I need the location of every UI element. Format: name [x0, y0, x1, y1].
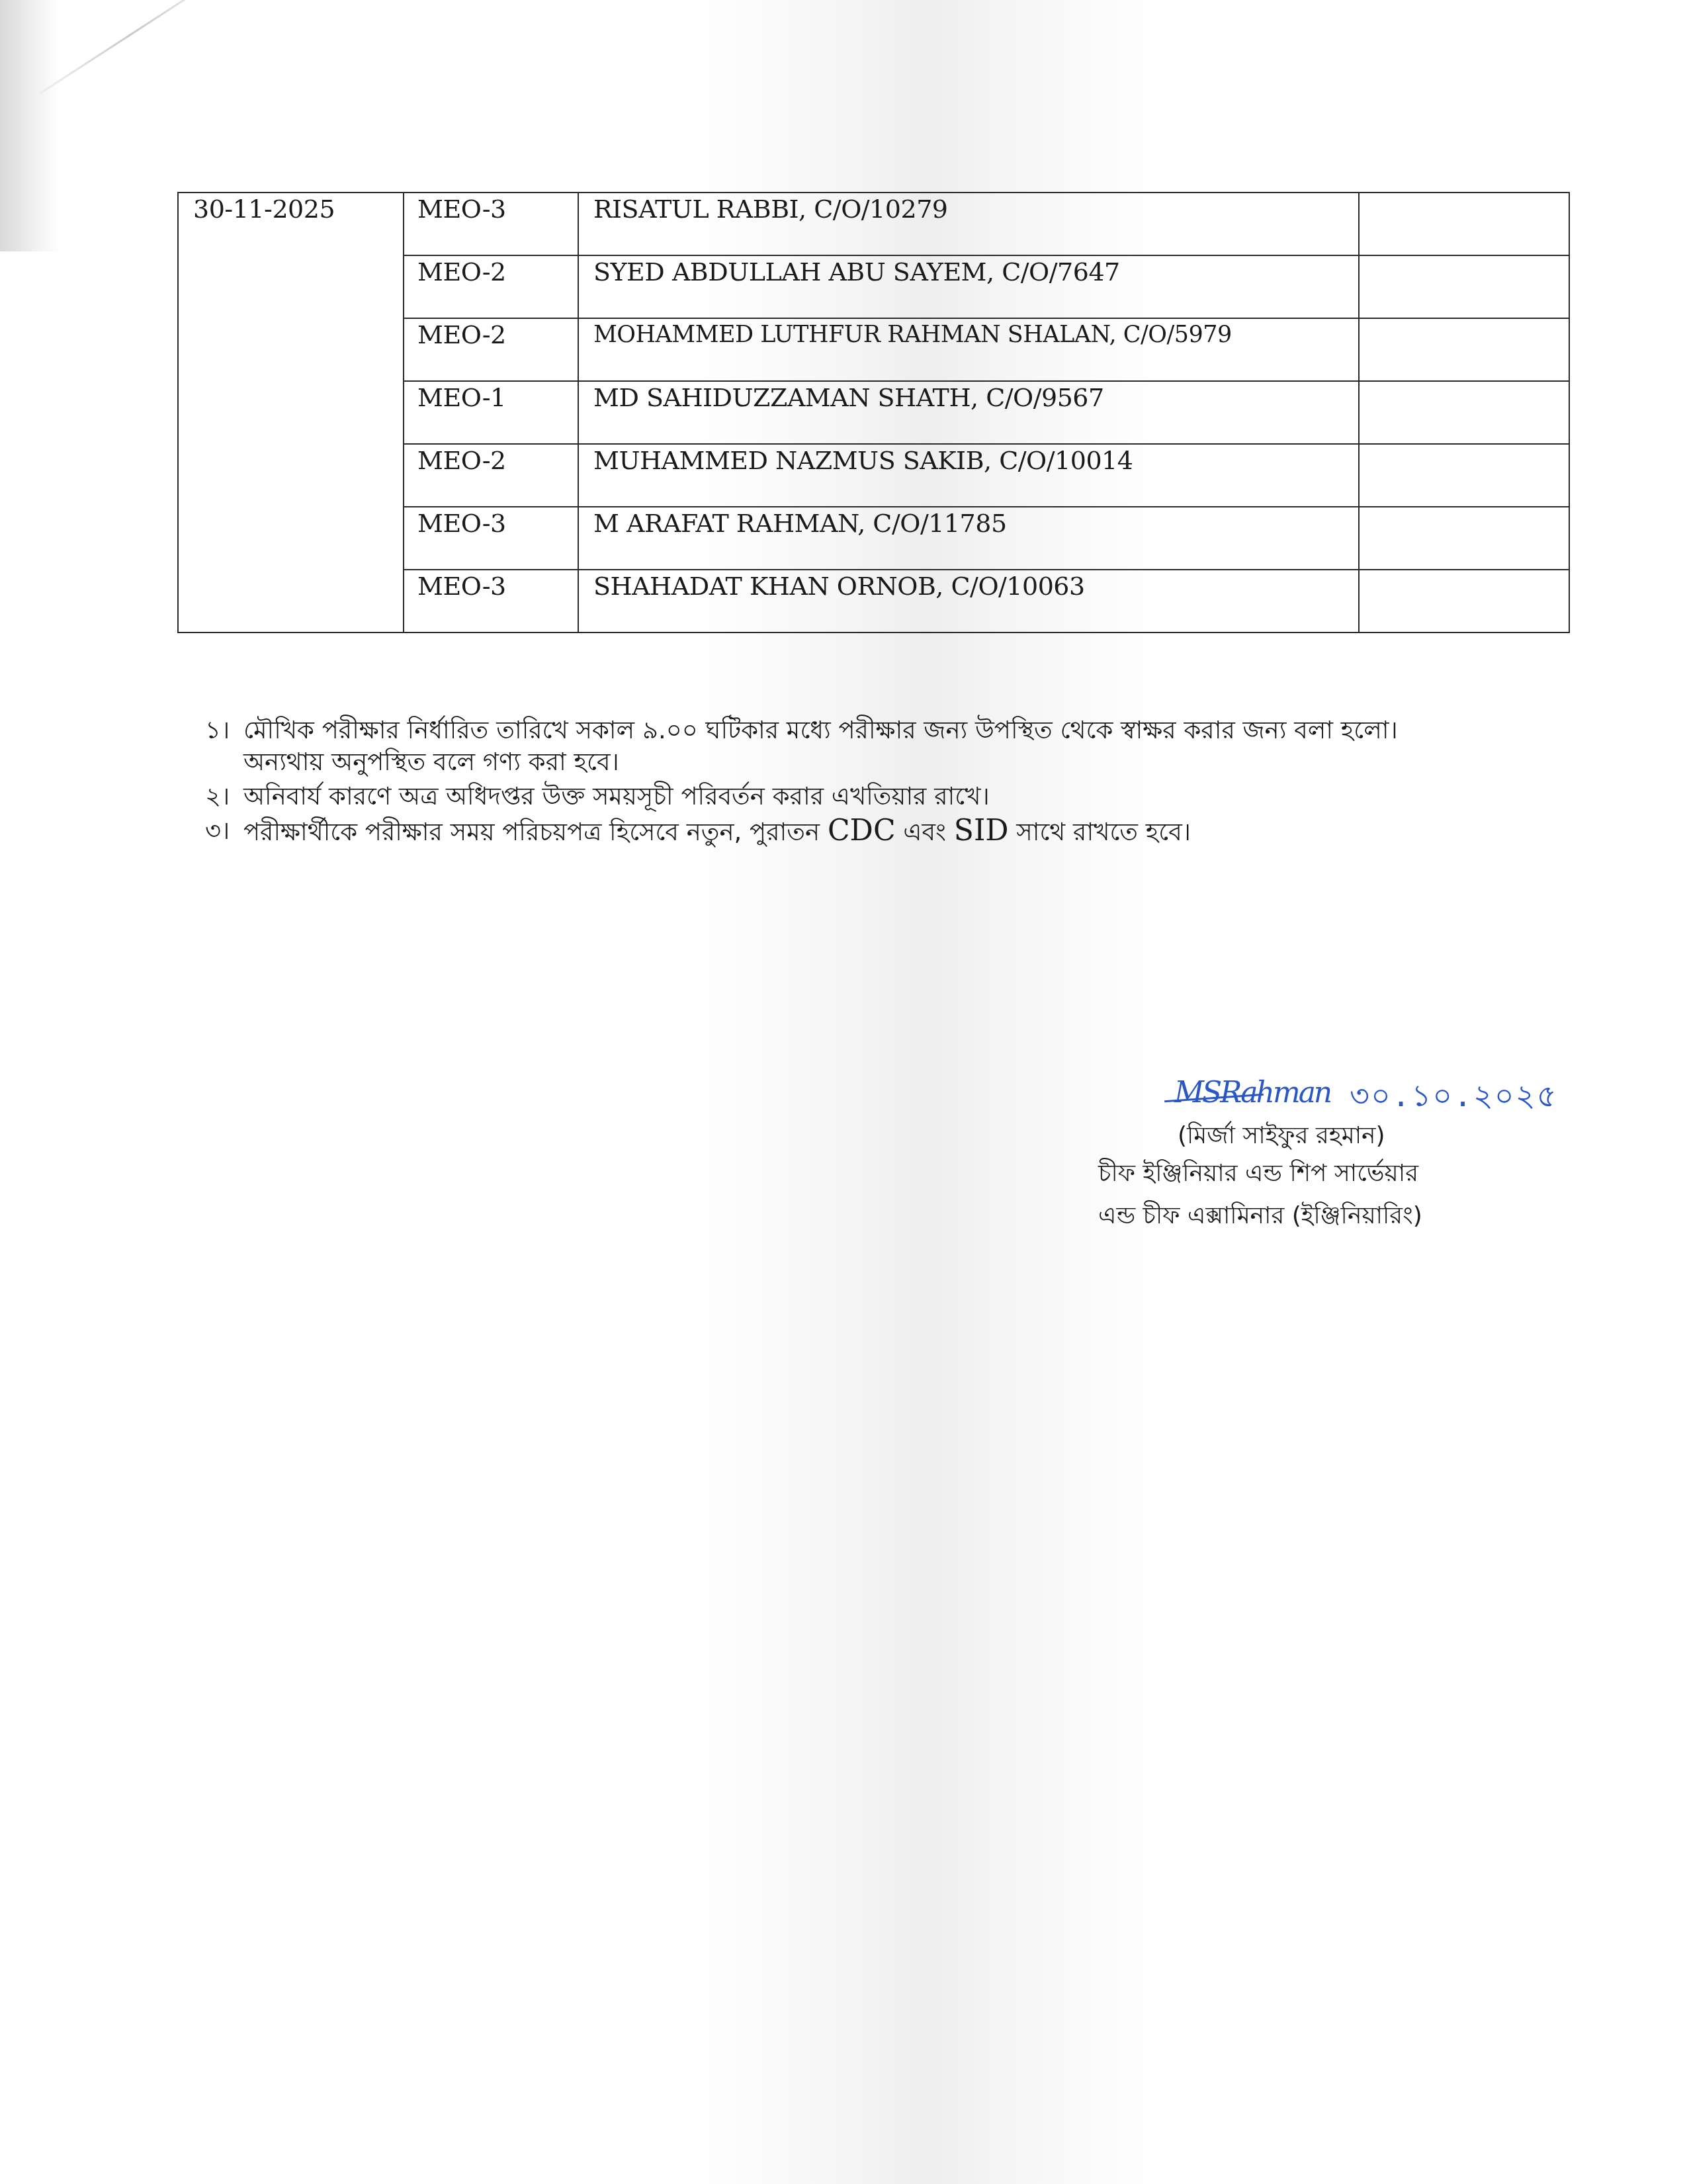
- scan-edge-shadow: [0, 0, 60, 251]
- candidate-cell: MUHAMMED NAZMUS SAKIB, C/O/10014: [578, 444, 1359, 507]
- exam-schedule-body: 30-11-2025 MEO-3 RISATUL RABBI, C/O/1027…: [178, 193, 1569, 633]
- instruction-number: ১।: [205, 715, 243, 778]
- rank-cell: MEO-3: [404, 193, 578, 255]
- signatory-title-line-2: এন্ড চীফ এক্সামিনার (ইঞ্জিনিয়ারিং): [1098, 1195, 1627, 1237]
- remarks: [1360, 256, 1569, 259]
- instruction-item: ৩। পরীক্ষার্থীকে পরীক্ষার সময় পরিচয়পত্…: [205, 815, 1594, 848]
- remarks: [1360, 570, 1569, 573]
- rank: MEO-2: [404, 445, 578, 474]
- remarks-cell: [1359, 444, 1569, 507]
- exam-date: 30-11-2025: [179, 193, 403, 222]
- instruction-text: অনিবার্য কারণে অত্র অধিদপ্তর উক্ত সময়সূ…: [243, 781, 1594, 812]
- rank-cell: MEO-2: [404, 444, 578, 507]
- instruction-text-line-2: অন্যথায় অনুপস্থিত বলে গণ্য করা হবে।: [243, 748, 619, 776]
- instruction-number: ৩।: [205, 815, 243, 848]
- instruction-text-part: এবং: [903, 818, 946, 846]
- instruction-item: ১। মৌখিক পরীক্ষার নির্ধারিত তারিখে সকাল …: [205, 715, 1594, 778]
- rank: MEO-3: [404, 570, 578, 599]
- scan-crease-mark: [39, 0, 223, 95]
- cdc-term: CDC: [828, 814, 896, 848]
- candidate-cell: SYED ABDULLAH ABU SAYEM, C/O/7647: [578, 255, 1359, 318]
- candidate-cell: SHAHADAT KHAN ORNOB, C/O/10063: [578, 570, 1359, 633]
- remarks: [1360, 382, 1569, 384]
- remarks: [1360, 193, 1569, 196]
- candidate-name: RISATUL RABBI, C/O/10279: [579, 193, 1358, 222]
- candidate-cell: MOHAMMED LUTHFUR RAHMAN SHALAN, C/O/5979: [578, 318, 1359, 381]
- rank: MEO-2: [404, 319, 578, 348]
- remarks-cell: [1359, 507, 1569, 570]
- candidate-name: SYED ABDULLAH ABU SAYEM, C/O/7647: [579, 256, 1358, 285]
- remarks-cell: [1359, 255, 1569, 318]
- candidate-name: MD SAHIDUZZAMAN SHATH, C/O/9567: [579, 382, 1358, 411]
- remarks-cell: [1359, 570, 1569, 633]
- table-row: 30-11-2025 MEO-3 RISATUL RABBI, C/O/1027…: [178, 193, 1569, 255]
- rank: MEO-2: [404, 256, 578, 285]
- handwritten-signature: MSRahman ৩০.১০.২০২৫: [1098, 1072, 1627, 1118]
- rank-cell: MEO-1: [404, 381, 578, 444]
- remarks: [1360, 507, 1569, 510]
- rank-cell: MEO-2: [404, 255, 578, 318]
- instruction-text-line-1: মৌখিক পরীক্ষার নির্ধারিত তারিখে সকাল ৯.০…: [243, 716, 1398, 744]
- remarks: [1360, 445, 1569, 447]
- instructions-list: ১। মৌখিক পরীক্ষার নির্ধারিত তারিখে সকাল …: [205, 715, 1594, 851]
- instruction-text-part: পরীক্ষার্থীকে পরীক্ষার সময় পরিচয়পত্র হ…: [243, 818, 820, 846]
- instruction-item: ২। অনিবার্য কারণে অত্র অধিদপ্তর উক্ত সময…: [205, 781, 1594, 812]
- rank: MEO-3: [404, 507, 578, 537]
- instruction-text: মৌখিক পরীক্ষার নির্ধারিত তারিখে সকাল ৯.০…: [243, 715, 1594, 778]
- instruction-text: পরীক্ষার্থীকে পরীক্ষার সময় পরিচয়পত্র হ…: [243, 815, 1594, 848]
- candidate-cell: MD SAHIDUZZAMAN SHATH, C/O/9567: [578, 381, 1359, 444]
- candidate-name: M ARAFAT RAHMAN, C/O/11785: [579, 507, 1358, 537]
- instruction-number: ২।: [205, 781, 243, 812]
- date-cell: 30-11-2025: [178, 193, 404, 633]
- exam-schedule-table: 30-11-2025 MEO-3 RISATUL RABBI, C/O/1027…: [177, 192, 1570, 633]
- rank: MEO-3: [404, 193, 578, 222]
- signatory-name: (মির্জা সাইফুর রহমান): [1098, 1119, 1627, 1153]
- remarks-cell: [1359, 381, 1569, 444]
- candidate-cell: RISATUL RABBI, C/O/10279: [578, 193, 1359, 255]
- signatory-title-line-1: চীফ ইঞ্জিনিয়ার এন্ড শিপ সার্ভেয়ার: [1098, 1153, 1627, 1195]
- candidate-cell: M ARAFAT RAHMAN, C/O/11785: [578, 507, 1359, 570]
- rank-cell: MEO-2: [404, 318, 578, 381]
- remarks-cell: [1359, 193, 1569, 255]
- rank-cell: MEO-3: [404, 507, 578, 570]
- rank-cell: MEO-3: [404, 570, 578, 633]
- remarks-cell: [1359, 318, 1569, 381]
- candidate-name: MOHAMMED LUTHFUR RAHMAN SHALAN, C/O/5979: [579, 319, 1358, 348]
- candidate-name: SHAHADAT KHAN ORNOB, C/O/10063: [579, 570, 1358, 599]
- instruction-text-part: সাথে রাখতে হবে।: [1016, 818, 1191, 846]
- sid-term: SID: [954, 814, 1009, 848]
- remarks: [1360, 319, 1569, 322]
- signature-date: ৩০.১০.২০২৫: [1350, 1073, 1558, 1123]
- rank: MEO-1: [404, 382, 578, 411]
- signature-block: MSRahman ৩০.১০.২০২৫ (মির্জা সাইফুর রহমান…: [1098, 1072, 1627, 1237]
- signature-initials: MSRahman: [1174, 1076, 1330, 1110]
- candidate-name: MUHAMMED NAZMUS SAKIB, C/O/10014: [579, 445, 1358, 474]
